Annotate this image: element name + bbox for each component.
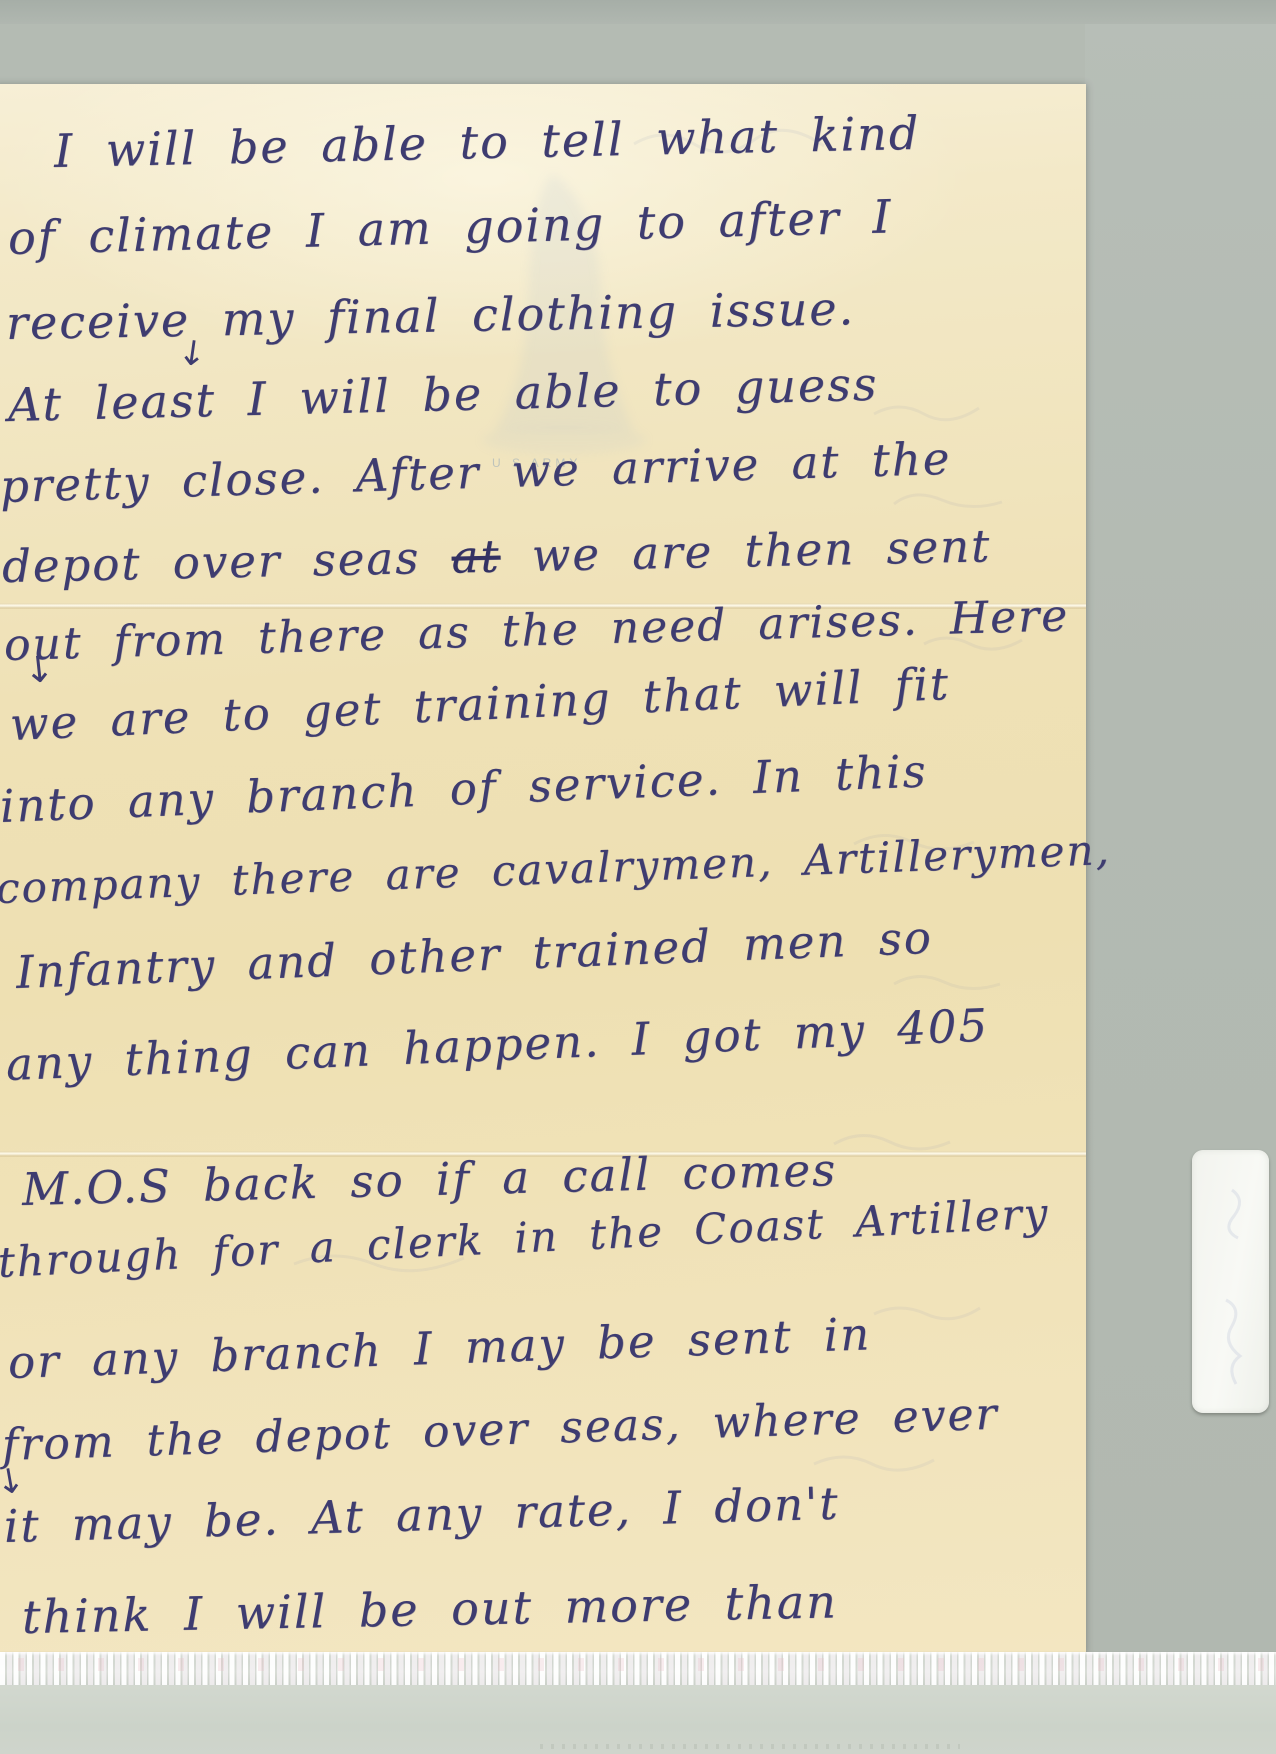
insertion-arrow-2: ↓ — [22, 649, 56, 693]
handwriting-line-16: from the depot over seas, where ever — [1, 1389, 999, 1471]
handwriting-line-15: or any branch I may be sent in — [7, 1307, 872, 1389]
handwriting-line-9: into any branch of service. In this — [0, 744, 929, 833]
scanner-background — [1085, 0, 1276, 1754]
handwriting-line-8: we are to get training that will fit — [9, 657, 951, 751]
handwriting-line-18: think I will be out more than — [21, 1574, 838, 1644]
handwriting-line-5: pretty close. After we arrive at the — [0, 432, 952, 513]
insertion-arrow-1: ↓ — [175, 332, 209, 376]
handwriting-line-3: receive my final clothing issue. — [6, 281, 856, 350]
handwriting-line-6: depot over seas at we are then sent — [1, 519, 991, 593]
handwriting-line-2: of climate I am going to after I — [7, 189, 893, 265]
line-text: depot over seas — [1, 531, 452, 593]
handwriting-line-12: any thing can happen. I got my 405 — [5, 999, 990, 1091]
handwriting-line-10: company there are cavalrymen, Artillerym… — [0, 825, 1112, 913]
scanner-edge-band — [0, 0, 1276, 24]
white-label-sticker — [1192, 1150, 1269, 1413]
handwriting-line-17: it may be. At any rate, I don't — [3, 1477, 840, 1553]
letter-page: U S ARMY I will be able to tell what kin… — [0, 84, 1086, 1654]
sleeve-edge-strip — [0, 1652, 1276, 1685]
handwriting-line-1: I will be able to tell what kind — [53, 106, 920, 178]
sleeve-perforation-dots — [540, 1744, 960, 1749]
sticker-faint-marks — [1192, 1150, 1269, 1413]
crossed-out-word: at — [451, 530, 501, 584]
handwriting-line-4: At least I will be able to guess — [7, 357, 879, 432]
line-text: we are then sent — [500, 519, 992, 582]
handwriting-line-11: Infantry and other trained men so — [15, 911, 934, 999]
